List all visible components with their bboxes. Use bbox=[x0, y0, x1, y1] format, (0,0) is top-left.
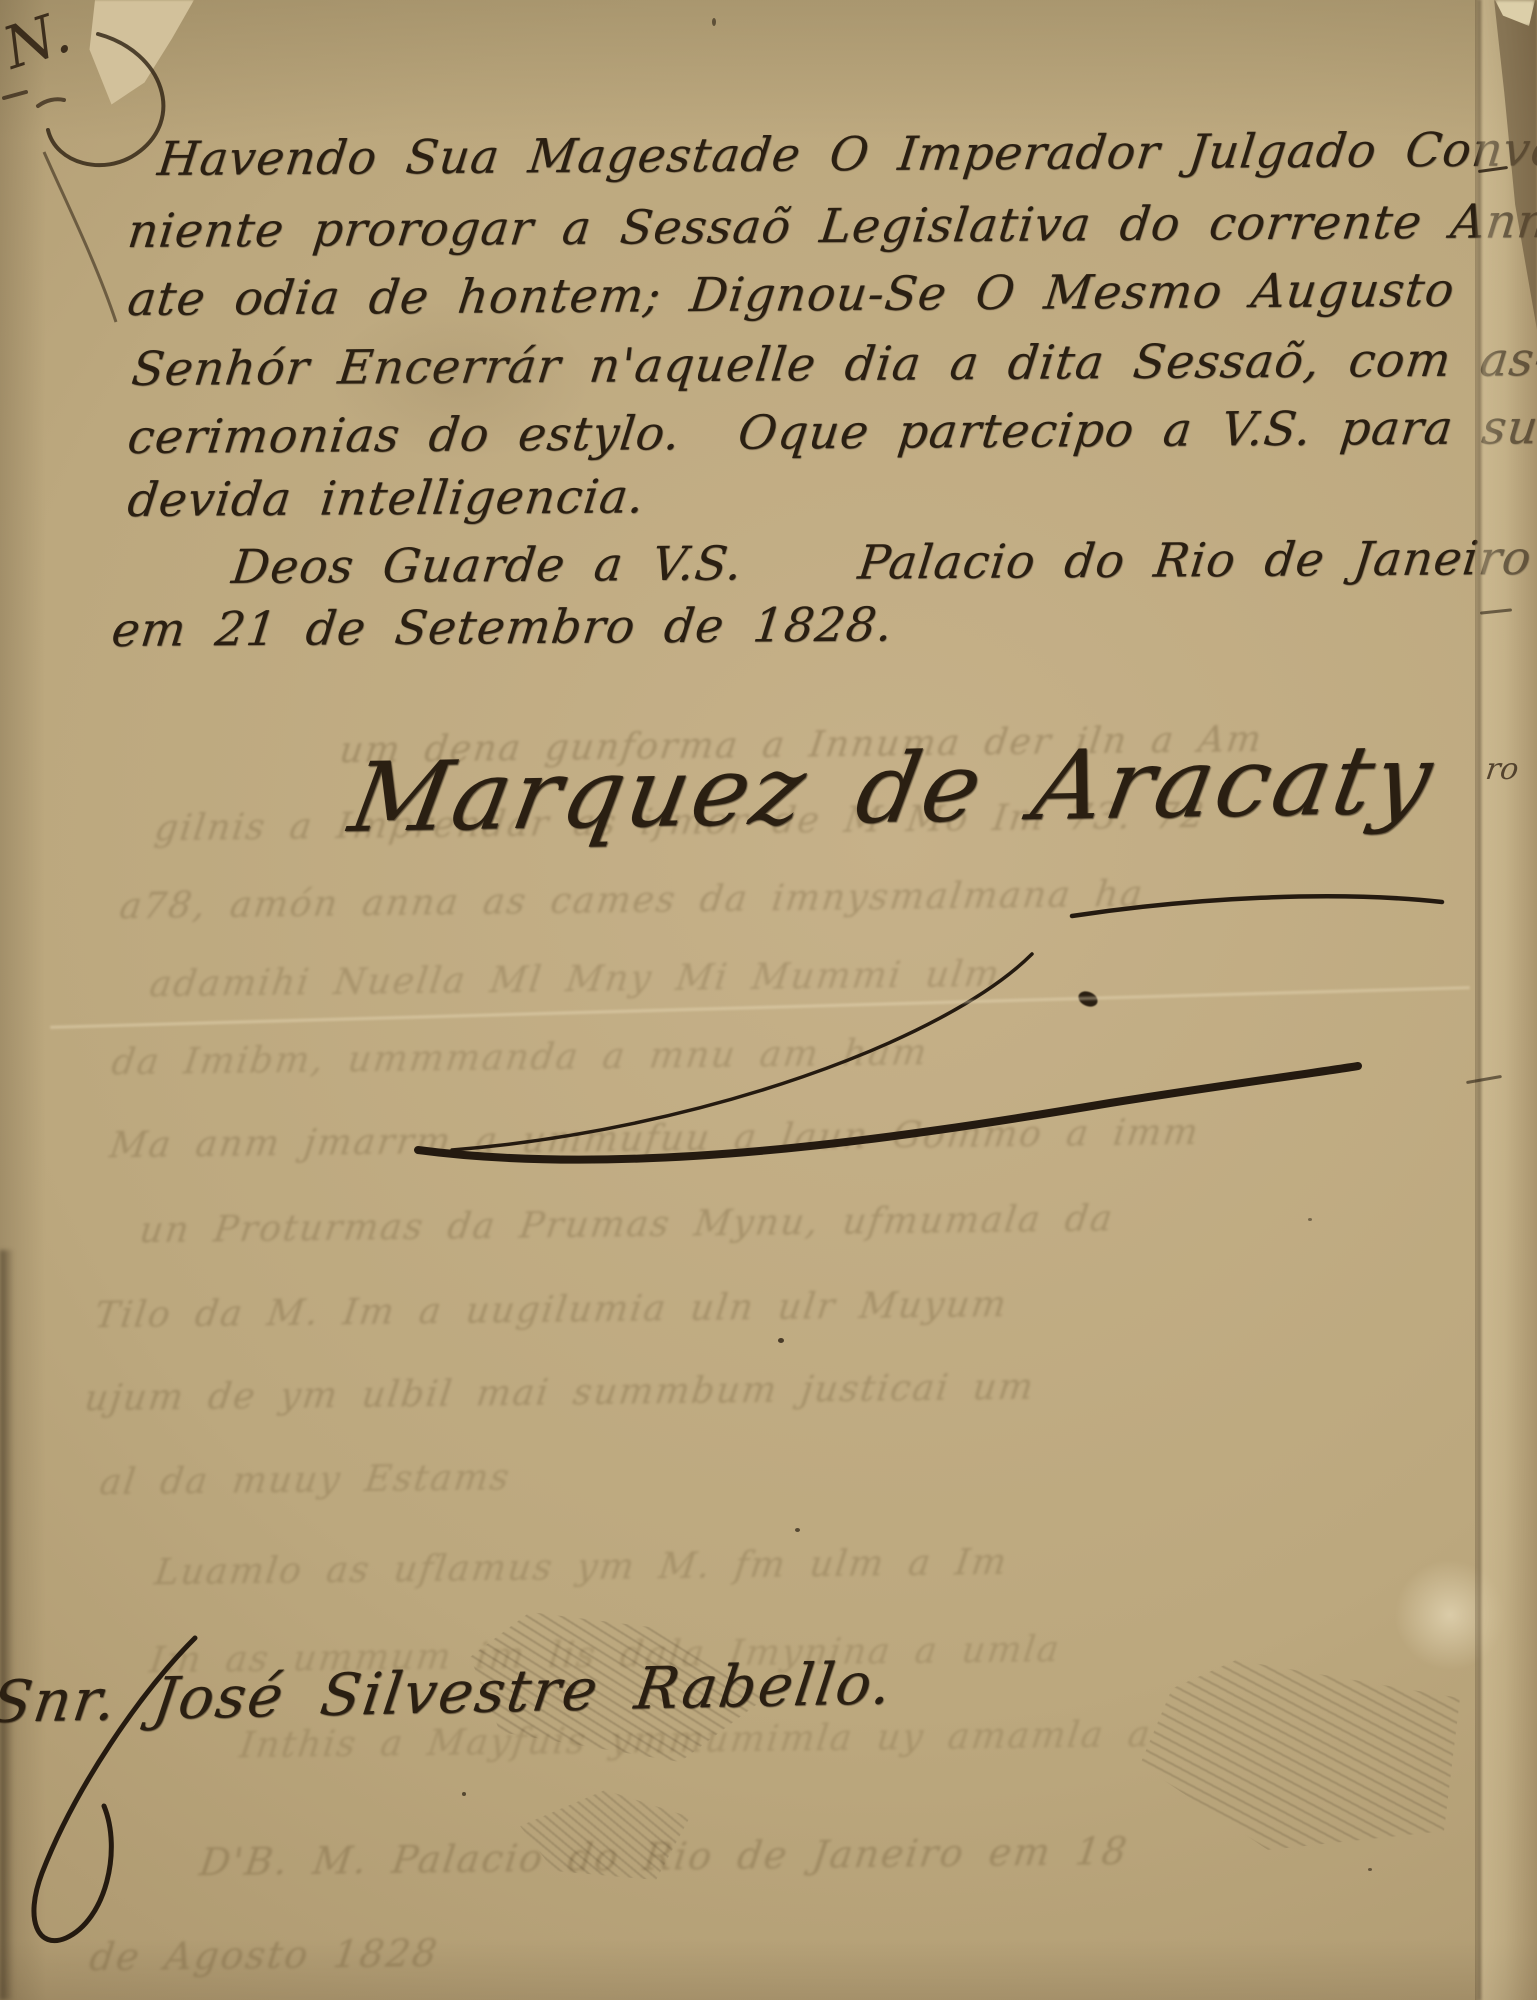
letter-line: Havendo Sua Magestade O Imperador Julgad… bbox=[155, 122, 1537, 187]
ink-smudge bbox=[1140, 1660, 1460, 1850]
letter-line: niente prorogar a Sessaõ Legislativa do … bbox=[125, 194, 1537, 259]
ink-spot bbox=[1308, 1218, 1312, 1221]
letter-line: cerimonias do estylo. Oque partecipo a V… bbox=[125, 400, 1537, 465]
fold-text-fragment: ro bbox=[1484, 752, 1521, 787]
ink-spot bbox=[462, 1792, 466, 1796]
ink-spot bbox=[1368, 1868, 1372, 1871]
scanned-manuscript-page: N. Havendo Sua Magestade O Imperador Jul… bbox=[0, 0, 1537, 2000]
ink-spot bbox=[795, 1528, 800, 1532]
letter-line: devida intelligencia. bbox=[125, 469, 648, 528]
letter-line: em 21 de Setembro de 1828. bbox=[109, 598, 896, 658]
fold-crease bbox=[1478, 0, 1481, 2000]
signature-flourish bbox=[330, 888, 1470, 1188]
bleedthrough-line: un Proturmas da Prumas Mynu, ufmumala da bbox=[137, 1198, 1116, 1251]
page-left-edge-shadow bbox=[0, 1250, 14, 2000]
signature-text: Marquez de Aracaty bbox=[342, 723, 1443, 854]
letter-line: ate odia de hontem; Dignou-Se O Mesmo Au… bbox=[125, 263, 1458, 327]
recipient-initial-flourish bbox=[0, 1598, 260, 1998]
paper-stain bbox=[330, 300, 590, 460]
bleedthrough-line: Luamlo as uflamus ym M. fm ulm a Im bbox=[152, 1542, 1010, 1593]
bleedthrough-line: ujum de ym ulbil mai summbum justicai um bbox=[82, 1366, 1037, 1419]
bleedthrough-line: Tilo da M. Im a uugilumia uln ulr Muyum bbox=[92, 1284, 1010, 1336]
ink-spot bbox=[778, 1338, 784, 1343]
letter-line: Deos Guarde a V.S. Palacio do Rio de Jan… bbox=[229, 531, 1535, 595]
ink-spot bbox=[712, 18, 716, 26]
bleedthrough-line: al da muuy Estams bbox=[97, 1457, 513, 1503]
page-fold-edge bbox=[1475, 0, 1537, 2000]
